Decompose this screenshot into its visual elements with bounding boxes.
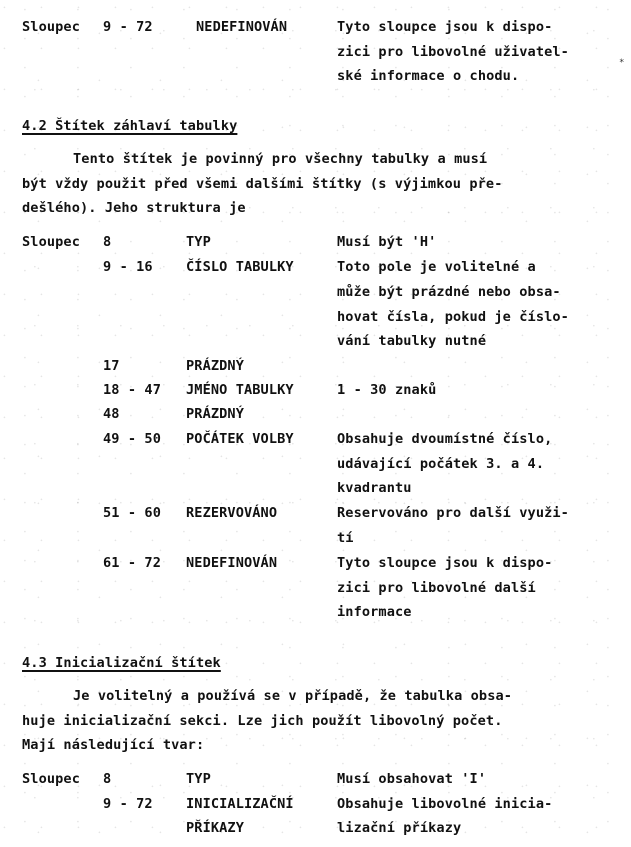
scanned-page: Sloupec 9 - 72 NEDEFINOVÁN Tyto sloupce …	[0, 0, 631, 847]
row-field: PRÁZDNÝ	[186, 405, 244, 423]
table-4-3-label: Sloupec	[22, 770, 80, 788]
section-4-2-paragraph-line: být vždy použit před všemi dalšími štítk…	[22, 175, 502, 193]
section-heading-4-2: 4.2 Štítek záhlaví tabulky	[22, 117, 237, 135]
row-desc-line: může být prázdné nebo obsa-	[337, 283, 561, 301]
row-desc-line: vání tabulky nutné	[337, 332, 486, 350]
row-desc-line: Obsahuje dvoumístné číslo,	[337, 430, 552, 448]
row-field: TYP	[186, 233, 211, 251]
row-desc-line: zici pro libovolné další	[337, 579, 536, 597]
row-desc-line: Reservováno pro další využi-	[337, 504, 569, 522]
row-field: INICIALIZAČNÍ	[186, 795, 294, 813]
section-4-3-paragraph-line: huje inicializační sekci. Lze jich použí…	[22, 712, 502, 730]
row-columns: 61 - 72	[103, 554, 161, 572]
top-row-columns: 9 - 72	[103, 18, 153, 36]
row-columns: 17	[103, 357, 120, 375]
stray-mark: *	[619, 58, 625, 68]
row-field: PŘÍKAZY	[186, 819, 244, 837]
row-desc-line: hovat čísla, pokud je číslo-	[337, 308, 569, 326]
row-field: ČÍSLO TABULKY	[186, 258, 294, 276]
table-4-2-label: Sloupec	[22, 233, 80, 251]
row-desc-line: kvadrantu	[337, 479, 412, 497]
row-columns: 8	[103, 770, 111, 788]
row-columns: 48	[103, 405, 120, 423]
top-row-label: Sloupec	[22, 18, 80, 36]
row-field: POČÁTEK VOLBY	[186, 430, 294, 448]
top-row-field: NEDEFINOVÁN	[196, 18, 287, 36]
top-row-desc-line: zici pro libovolné uživatel-	[337, 43, 569, 61]
row-field: PRÁZDNÝ	[186, 357, 244, 375]
row-desc-line: Musí být 'H'	[337, 233, 436, 251]
row-field: JMÉNO TABULKY	[186, 381, 294, 399]
row-field: REZERVOVÁNO	[186, 504, 277, 522]
section-4-2-paragraph-line: dešlého). Jeho struktura je	[22, 199, 246, 217]
section-heading-4-3: 4.3 Inicializační štítek	[22, 654, 221, 672]
row-field: TYP	[186, 770, 211, 788]
section-4-3-paragraph-line: Je volitelný a používá se v případě, že …	[73, 687, 512, 705]
row-desc-line: lizační příkazy	[337, 819, 461, 837]
row-desc-line: Obsahuje libovolné inicia-	[337, 795, 552, 813]
row-desc-line: informace	[337, 603, 412, 621]
row-desc-line: 1 - 30 znaků	[337, 381, 436, 399]
row-desc-line: Tyto sloupce jsou k dispo-	[337, 554, 552, 572]
row-columns: 8	[103, 233, 111, 251]
top-row-desc-line: Tyto sloupce jsou k dispo-	[337, 18, 552, 36]
row-columns: 9 - 72	[103, 795, 153, 813]
row-columns: 18 - 47	[103, 381, 161, 399]
row-desc-line: udávající počátek 3. a 4.	[337, 455, 544, 473]
top-row-desc-line: ské informace o chodu.	[337, 67, 519, 85]
row-desc-line: Musí obsahovat 'I'	[337, 770, 486, 788]
row-columns: 51 - 60	[103, 504, 161, 522]
row-desc-line: tí	[337, 529, 354, 547]
row-desc-line: Toto pole je volitelné a	[337, 258, 536, 276]
section-4-2-paragraph-line: Tento štítek je povinný pro všechny tabu…	[73, 150, 487, 168]
row-columns: 9 - 16	[103, 258, 153, 276]
row-field: NEDEFINOVÁN	[186, 554, 277, 572]
section-4-3-paragraph-line: Mají následující tvar:	[22, 736, 204, 754]
row-columns: 49 - 50	[103, 430, 161, 448]
